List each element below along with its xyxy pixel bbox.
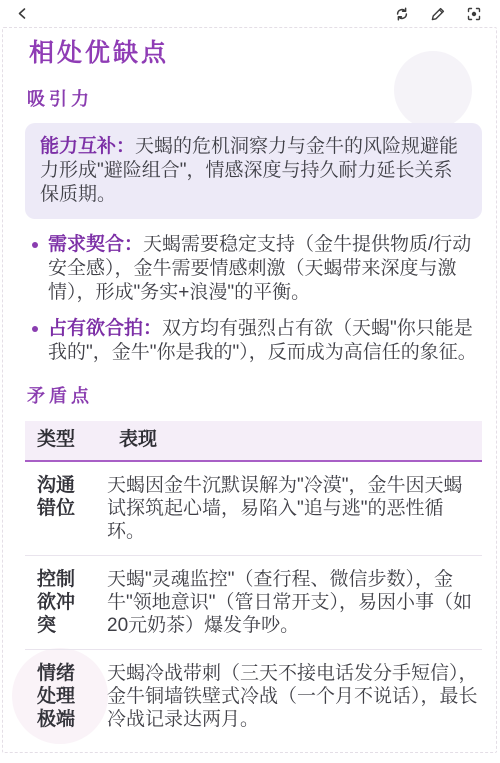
conflict-type: 控制欲冲突 bbox=[25, 556, 107, 650]
table-header-row: 类型 表现 bbox=[25, 421, 482, 461]
list-item: 占有欲合拍：双方均有强烈占有欲（天蝎"你只能是我的"，金牛"你是我的"），反而成… bbox=[25, 317, 482, 365]
conflict-type: 情绪处理极端 bbox=[25, 650, 107, 744]
edit-button[interactable] bbox=[428, 4, 448, 24]
attraction-bullet-list: 需求契合：天蝎需要稳定支持（金牛提供物质/行动安全感），金牛需要情感刺激（天蝎带… bbox=[25, 233, 482, 365]
callout-label: 能力互补： bbox=[40, 136, 135, 157]
highlight-callout: 能力互补：天蝎的危机洞察力与金牛的风险规避能力形成"避险组合"，情感深度与持久耐… bbox=[25, 123, 482, 219]
article-content: 相处优缺点 吸引力 能力互补：天蝎的危机洞察力与金牛的风险规避能力形成"避险组合… bbox=[0, 27, 500, 743]
bullet-label: 占有欲合拍： bbox=[48, 318, 162, 339]
table-row: 沟通错位 天蝎因金牛沉默误解为"冷漠"，金牛因天蝎试探筑起心墙，易陷入"追与逃"… bbox=[25, 461, 482, 556]
conflict-desc: 天蝎"灵魂监控"（查行程、微信步数），金牛"领地意识"（管日常开支），易因小事（… bbox=[107, 556, 482, 650]
screenshot-lens-icon bbox=[466, 6, 482, 22]
conflict-desc: 天蝎因金牛沉默误解为"冷漠"，金牛因天蝎试探筑起心墙，易陷入"追与逃"的恶性循环… bbox=[107, 461, 482, 556]
conflict-table: 类型 表现 沟通错位 天蝎因金牛沉默误解为"冷漠"，金牛因天蝎试探筑起心墙，易陷… bbox=[25, 421, 482, 743]
capture-button[interactable] bbox=[464, 4, 484, 24]
list-item: 需求契合：天蝎需要稳定支持（金牛提供物质/行动安全感），金牛需要情感刺激（天蝎带… bbox=[25, 233, 482, 305]
section-heading-conflict: 矛盾点 bbox=[27, 386, 482, 407]
conflict-type: 沟通错位 bbox=[25, 461, 107, 556]
bullet-label: 需求契合： bbox=[48, 234, 143, 255]
column-header-type: 类型 bbox=[25, 421, 107, 461]
refresh-button[interactable] bbox=[392, 4, 412, 24]
table-row: 控制欲冲突 天蝎"灵魂监控"（查行程、微信步数），金牛"领地意识"（管日常开支）… bbox=[25, 556, 482, 650]
back-button[interactable] bbox=[14, 5, 31, 22]
section-heading-attraction: 吸引力 bbox=[27, 89, 482, 110]
conflict-desc: 天蝎冷战带刺（三天不接电话发分手短信），金牛铜墙铁壁式冷战（一个月不说话），最长… bbox=[107, 650, 482, 744]
chevron-left-icon bbox=[16, 7, 29, 20]
column-header-behavior: 表现 bbox=[107, 421, 482, 461]
toolbar bbox=[0, 0, 500, 27]
toolbar-actions bbox=[392, 4, 484, 24]
pencil-icon bbox=[430, 6, 446, 22]
table-row: 情绪处理极端 天蝎冷战带刺（三天不接电话发分手短信），金牛铜墙铁壁式冷战（一个月… bbox=[25, 650, 482, 744]
page-title: 相处优缺点 bbox=[29, 39, 482, 68]
sync-arrows-icon bbox=[394, 6, 410, 22]
